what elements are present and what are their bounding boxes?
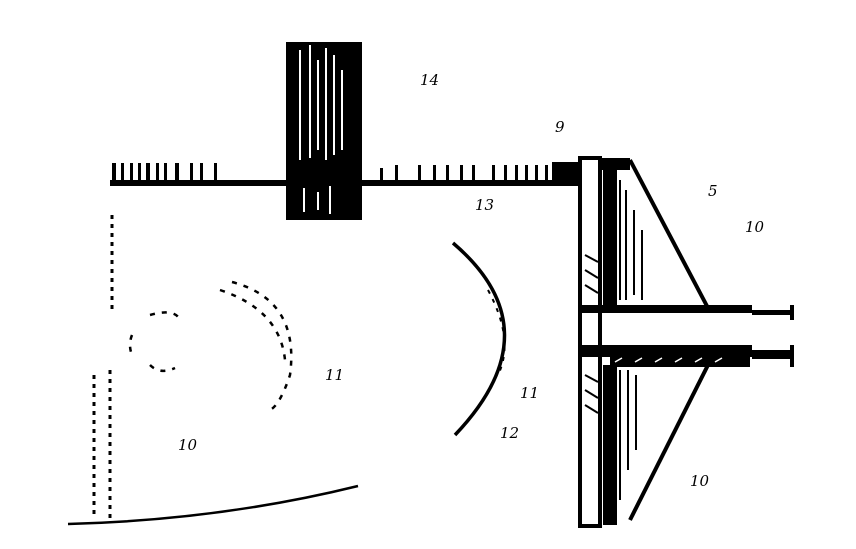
label-9: 9 (555, 118, 565, 136)
patent-drawing: 14 9 13 5 10 11 11 12 10 10 (0, 0, 856, 549)
dashed-posts (94, 215, 112, 518)
label-14: 14 (420, 71, 439, 89)
curved-guide (453, 243, 505, 435)
dashed-gear-outlines (130, 282, 291, 410)
label-11-left: 11 (325, 366, 344, 384)
label-10-bottom-right: 10 (690, 472, 710, 490)
label-12: 12 (500, 424, 519, 442)
label-5: 5 (708, 182, 718, 200)
label-10-top-right: 10 (745, 218, 765, 236)
vertical-shaft (286, 42, 362, 220)
horizontal-hub (582, 305, 794, 367)
label-13: 13 (475, 196, 494, 214)
label-11-right: 11 (520, 384, 539, 402)
label-10-bottom-left: 10 (178, 436, 198, 454)
bearing-housing (580, 158, 708, 526)
